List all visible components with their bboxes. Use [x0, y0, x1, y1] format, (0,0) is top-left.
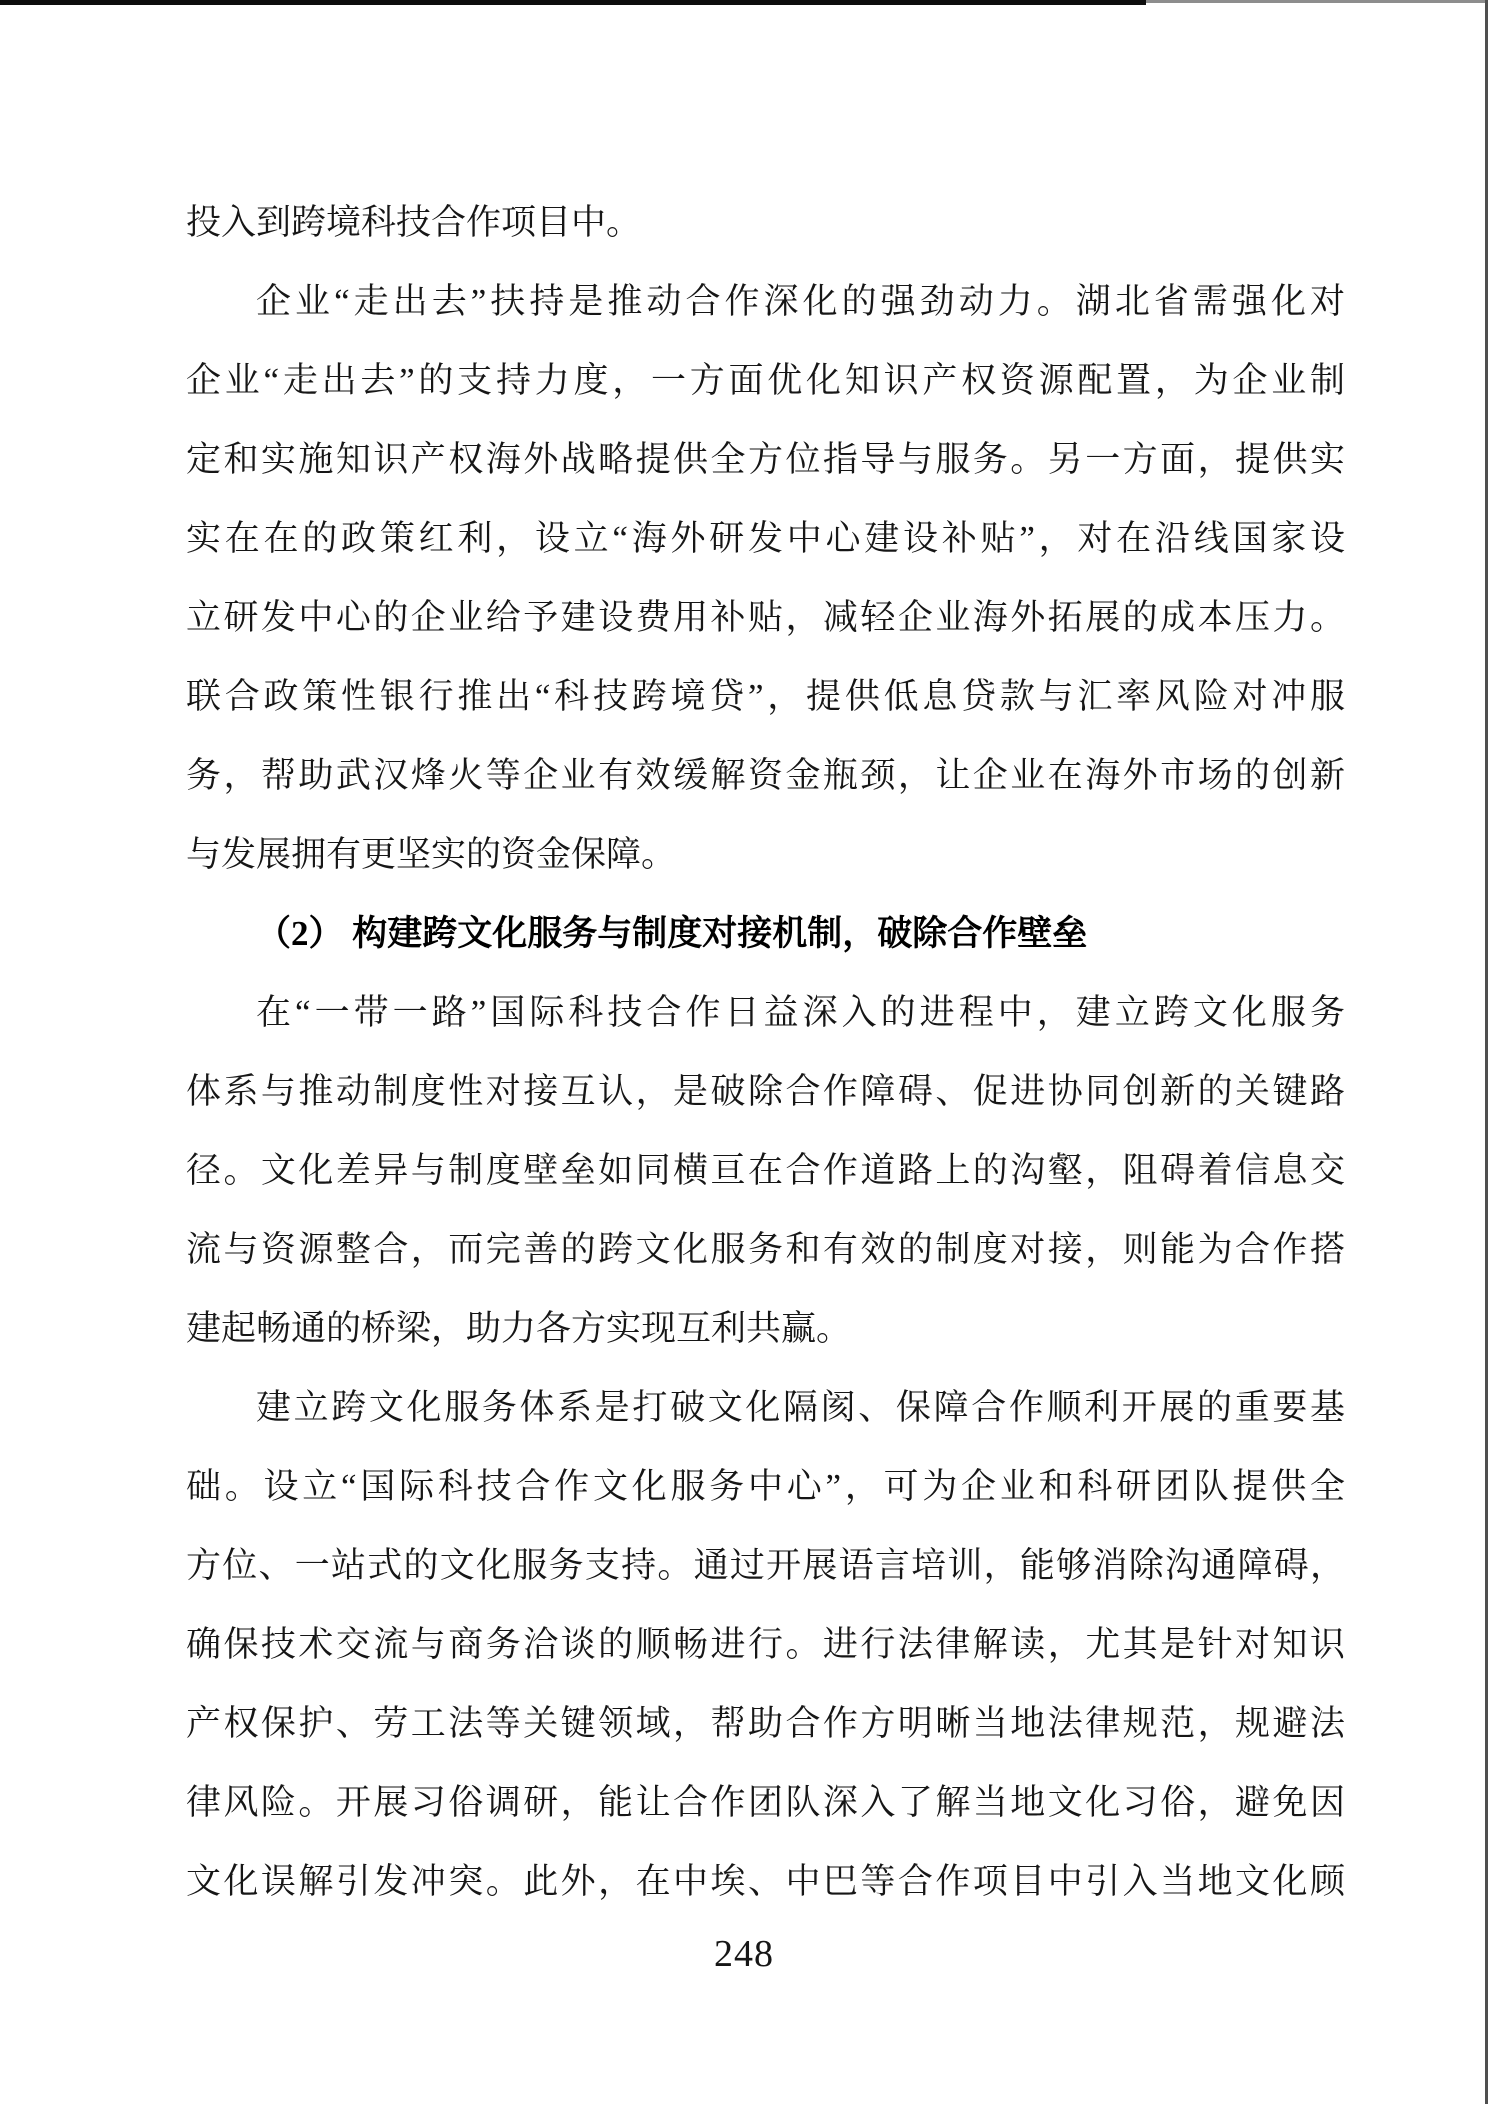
- heading-text-line: （2） 构建跨文化服务与制度对接机制，破除合作壁垒: [186, 894, 1345, 973]
- text-line: 流与资源整合，而完善的跨文化服务和有效的制度对接，则能为合作搭: [186, 1210, 1345, 1289]
- text-line: 立研发中心的企业给予建设费用补贴，减轻企业海外拓展的成本压力。: [186, 578, 1345, 657]
- text-line: 产权保护、劳工法等关键领域，帮助合作方明晰当地法律规范，规避法: [186, 1684, 1345, 1763]
- text-line: 建立跨文化服务体系是打破文化隔阂、保障合作顺利开展的重要基: [186, 1368, 1345, 1447]
- page-number: 248: [714, 1933, 774, 1975]
- scan-border-top-right: [1146, 0, 1488, 3]
- text-line: 方位、一站式的文化服务支持。通过开展语言培训，能够消除沟通障碍，: [186, 1526, 1345, 1605]
- text-line: 径。文化差异与制度壁垒如同横亘在合作道路上的沟壑，阻碍着信息交: [186, 1131, 1345, 1210]
- page-body-text: 投入到跨境科技合作项目中。企业“走出去”扶持是推动合作深化的强劲动力。湖北省需强…: [186, 183, 1345, 1921]
- text-line: 投入到跨境科技合作项目中。: [186, 183, 1345, 262]
- text-line: 实在在的政策红利，设立“海外研发中心建设补贴”，对在沿线国家设: [186, 499, 1345, 578]
- page-footer: 248: [0, 1932, 1488, 1976]
- text-line: 础。设立“国际科技合作文化服务中心”，可为企业和科研团队提供全: [186, 1447, 1345, 1526]
- text-line: 与发展拥有更坚实的资金保障。: [186, 815, 1345, 894]
- text-line: 建起畅通的桥梁，助力各方实现互利共赢。: [186, 1289, 1345, 1368]
- text-line: 律风险。开展习俗调研，能让合作团队深入了解当地文化习俗，避免因: [186, 1763, 1345, 1842]
- document-page: 投入到跨境科技合作项目中。企业“走出去”扶持是推动合作深化的强劲动力。湖北省需强…: [0, 0, 1488, 2104]
- paragraph: 企业“走出去”扶持是推动合作深化的强劲动力。湖北省需强化对企业“走出去”的支持力…: [186, 262, 1345, 894]
- text-line: 确保技术交流与商务洽谈的顺畅进行。进行法律解读，尤其是针对知识: [186, 1605, 1345, 1684]
- text-line: 联合政策性银行推出“科技跨境贷”，提供低息贷款与汇率风险对冲服: [186, 657, 1345, 736]
- section-heading: （2） 构建跨文化服务与制度对接机制，破除合作壁垒: [186, 894, 1345, 973]
- text-line: 企业“走出去”的支持力度，一方面优化知识产权资源配置，为企业制: [186, 341, 1345, 420]
- text-line: 体系与推动制度性对接互认，是破除合作障碍、促进协同创新的关键路: [186, 1052, 1345, 1131]
- scan-border-top: [0, 0, 1146, 5]
- text-line: 务，帮助武汉烽火等企业有效缓解资金瓶颈，让企业在海外市场的创新: [186, 736, 1345, 815]
- paragraph: 建立跨文化服务体系是打破文化隔阂、保障合作顺利开展的重要基础。设立“国际科技合作…: [186, 1368, 1345, 1921]
- text-line: 在“一带一路”国际科技合作日益深入的进程中，建立跨文化服务: [186, 973, 1345, 1052]
- paragraph: 投入到跨境科技合作项目中。: [186, 183, 1345, 262]
- text-line: 定和实施知识产权海外战略提供全方位指导与服务。另一方面，提供实: [186, 420, 1345, 499]
- text-line: 企业“走出去”扶持是推动合作深化的强劲动力。湖北省需强化对: [186, 262, 1345, 341]
- text-line: 文化误解引发冲突。此外，在中埃、中巴等合作项目中引入当地文化顾: [186, 1842, 1345, 1921]
- paragraph: 在“一带一路”国际科技合作日益深入的进程中，建立跨文化服务体系与推动制度性对接互…: [186, 973, 1345, 1368]
